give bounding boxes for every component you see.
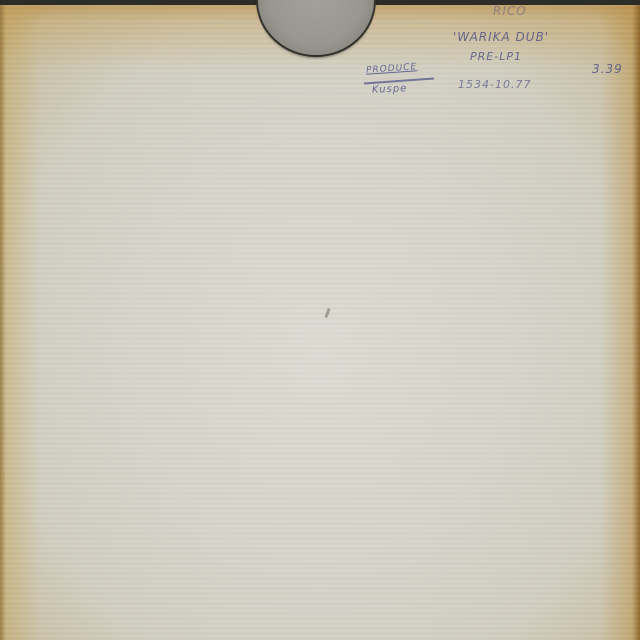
handwritten-title: 'WARIKA DUB' xyxy=(453,30,549,44)
handwritten-credit-2: Kuspe xyxy=(372,83,408,96)
record-sleeve: RICO 'WARIKA DUB' PRE-LP1 3.39 1534-10.7… xyxy=(0,0,640,640)
paper-grain xyxy=(0,0,640,640)
handwritten-artist: RICO xyxy=(493,4,527,18)
handwritten-catalog-date: 1534-10.77 xyxy=(458,78,531,91)
handwritten-subtitle: PRE-LP1 xyxy=(470,50,522,63)
handwritten-duration: 3.39 xyxy=(592,62,623,76)
